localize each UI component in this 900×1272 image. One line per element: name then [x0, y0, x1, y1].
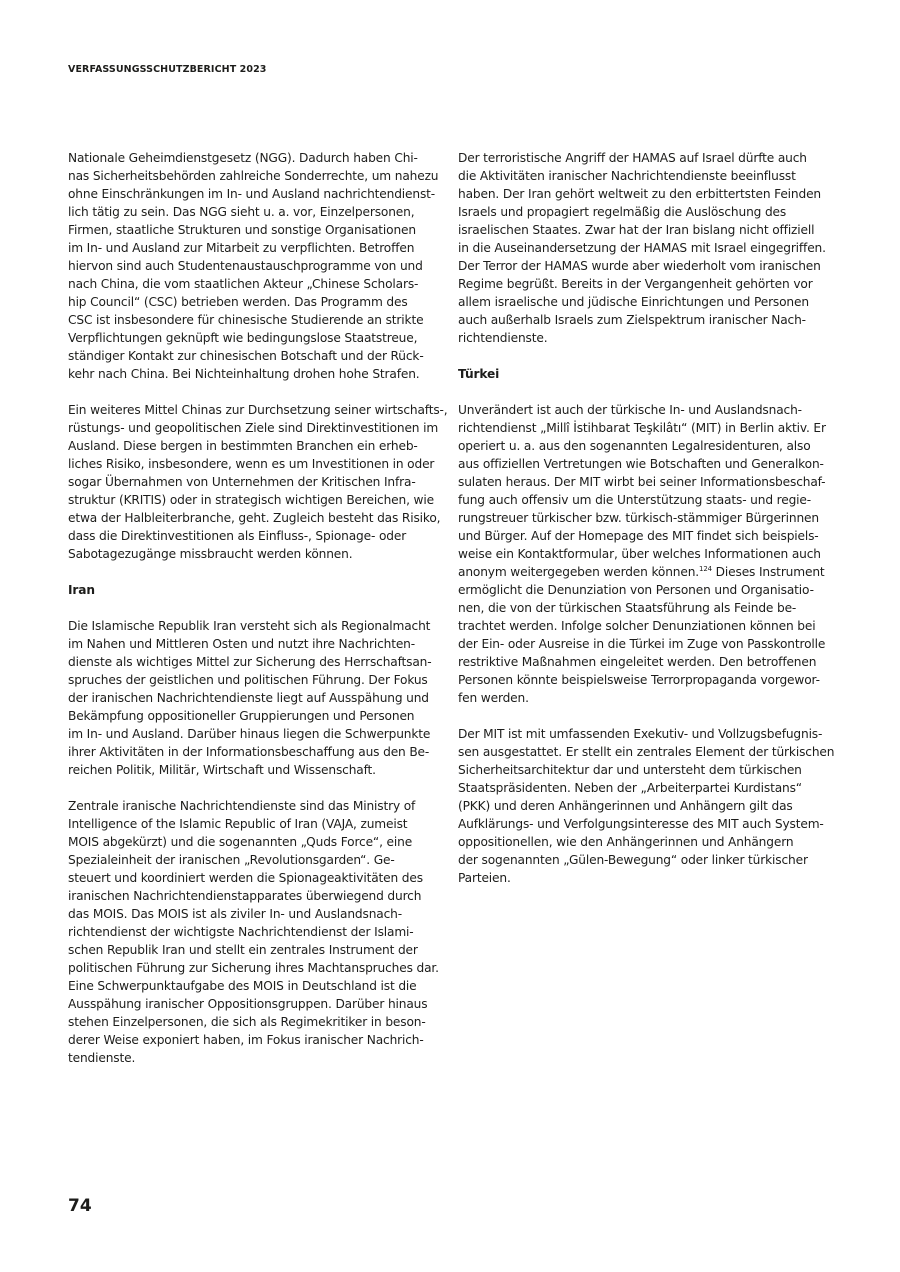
section-heading-iran: Iran: [68, 581, 440, 599]
text-line: stehen Einzelpersonen, die sich als Regi…: [68, 1013, 440, 1031]
text-line: Der terroristische Angriff der HAMAS auf…: [458, 149, 834, 167]
right-column: Der terroristische Angriff der HAMAS auf…: [458, 149, 834, 905]
text-line: Sicherheitsarchitektur dar und untersteh…: [458, 761, 834, 779]
paragraph-mit-activity: Unverändert ist auch der türkische In- u…: [458, 401, 834, 707]
text-line: reichen Politik, Militär, Wirtschaft und…: [68, 761, 440, 779]
text-line: CSC ist insbesondere für chinesische Stu…: [68, 311, 440, 329]
text-line: der Ein- oder Ausreise in die Türkei im …: [458, 635, 834, 653]
running-header: VERFASSUNGSSCHUTZBERICHT 2023: [68, 64, 267, 75]
text-line: haben. Der Iran gehört weltweit zu den e…: [458, 185, 834, 203]
section-heading-tuerkei: Türkei: [458, 365, 834, 383]
text-line: in die Auseinandersetzung der HAMAS mit …: [458, 239, 834, 257]
paragraph-china-investments: Ein weiteres Mittel Chinas zur Durchsetz…: [68, 401, 440, 563]
text-line: sulaten heraus. Der MIT wirbt bei seiner…: [458, 473, 834, 491]
text-line: Aufklärungs- und Verfolgungsinteresse de…: [458, 815, 834, 833]
text-line: politischen Führung zur Sicherung ihres …: [68, 959, 440, 977]
text-line: ihrer Aktivitäten in der Informationsbes…: [68, 743, 440, 761]
paragraph-iran-services: Zentrale iranische Nachrichtendienste si…: [68, 797, 440, 1067]
text-line: die Aktivitäten iranischer Nachrichtendi…: [458, 167, 834, 185]
text-line: Der MIT ist mit umfassenden Exekutiv- un…: [458, 725, 834, 743]
text-line: Zentrale iranische Nachrichtendienste si…: [68, 797, 440, 815]
left-column: Nationale Geheimdienstgesetz (NGG). Dadu…: [68, 149, 440, 1085]
text-line: fen werden.: [458, 689, 834, 707]
text-line: sen ausgestattet. Er stellt ein zentrale…: [458, 743, 834, 761]
text-line: Personen könnte beispielsweise Terrorpro…: [458, 671, 834, 689]
text-line: Die Islamische Republik Iran versteht si…: [68, 617, 440, 635]
text-line: der iranischen Nachrichtendienste liegt …: [68, 689, 440, 707]
text-line: kehr nach China. Bei Nichteinhaltung dro…: [68, 365, 440, 383]
text-line: Parteien.: [458, 869, 834, 887]
footnote-reference[interactable]: 124: [699, 565, 712, 573]
text-line: dienste als wichtiges Mittel zur Sicheru…: [68, 653, 440, 671]
text-line: trachtet werden. Infolge solcher Denunzi…: [458, 617, 834, 635]
text-line: nas Sicherheitsbehörden zahlreiche Sonde…: [68, 167, 440, 185]
text-line: nen, die von der türkischen Staatsführun…: [458, 599, 834, 617]
text-line: Staatspräsidenten. Neben der „Arbeiterpa…: [458, 779, 834, 797]
text-line: Ausspähung iranischer Oppositionsgruppen…: [68, 995, 440, 1013]
page-number: 74: [68, 1196, 92, 1216]
text-line: MOIS abgekürzt) und die sogenannten „Qud…: [68, 833, 440, 851]
text-line: liches Risiko, insbesondere, wenn es um …: [68, 455, 440, 473]
text-line: aus offiziellen Vertretungen wie Botscha…: [458, 455, 834, 473]
text-line: hip Council“ (CSC) betrieben werden. Das…: [68, 293, 440, 311]
text-line: Bekämpfung oppositioneller Gruppierungen…: [68, 707, 440, 725]
text-line: rungstreuer türkischer bzw. türkisch-stä…: [458, 509, 834, 527]
text-line: Eine Schwerpunktaufgabe des MOIS in Deut…: [68, 977, 440, 995]
text-line: etwa der Halbleiterbranche, geht. Zuglei…: [68, 509, 440, 527]
text-line: sogar Übernahmen von Unternehmen der Kri…: [68, 473, 440, 491]
text-line: richtendienste.: [458, 329, 834, 347]
footnote-line: anonym weitergegeben werden können.124 D…: [458, 563, 834, 581]
text-line: lich tätig zu sein. Das NGG sieht u. a. …: [68, 203, 440, 221]
text-line: richtendienst der wichtigste Nachrichten…: [68, 923, 440, 941]
text-line: fung auch offensiv um die Unterstützung …: [458, 491, 834, 509]
text-line: ständiger Kontakt zur chinesischen Botsc…: [68, 347, 440, 365]
text-line: israelischen Staates. Zwar hat der Iran …: [458, 221, 834, 239]
text-line: im In- und Ausland zur Mitarbeit zu verp…: [68, 239, 440, 257]
text-line: oppositionellen, wie den Anhängerinnen u…: [458, 833, 834, 851]
text-line: Der Terror der HAMAS wurde aber wiederho…: [458, 257, 834, 275]
text-line: Ein weiteres Mittel Chinas zur Durchsetz…: [68, 401, 440, 419]
text-line: im In- und Ausland. Darüber hinaus liege…: [68, 725, 440, 743]
text-line: Unverändert ist auch der türkische In- u…: [458, 401, 834, 419]
text-line: Ausland. Diese bergen in bestimmten Bran…: [68, 437, 440, 455]
text-line: Nationale Geheimdienstgesetz (NGG). Dadu…: [68, 149, 440, 167]
text-line: tendienste.: [68, 1049, 440, 1067]
text-line: struktur (KRITIS) oder in strategisch wi…: [68, 491, 440, 509]
text-line: Intelligence of the Islamic Republic of …: [68, 815, 440, 833]
text-line: richtendienst „Millî İstihbarat Teşkilât…: [458, 419, 834, 437]
text-line: und Bürger. Auf der Homepage des MIT fin…: [458, 527, 834, 545]
text-line: allem israelische und jüdische Einrichtu…: [458, 293, 834, 311]
text-line: im Nahen und Mittleren Osten und nutzt i…: [68, 635, 440, 653]
paragraph-iran-overview: Die Islamische Republik Iran versteht si…: [68, 617, 440, 779]
text-line: nach China, die vom staatlichen Akteur „…: [68, 275, 440, 293]
text-line: auch außerhalb Israels zum Zielspektrum …: [458, 311, 834, 329]
text-line: Sabotagezugänge missbraucht werden könne…: [68, 545, 440, 563]
text-line: Firmen, staatliche Strukturen und sonsti…: [68, 221, 440, 239]
paragraph-mit-part1: Unverändert ist auch der türkische In- u…: [458, 401, 834, 563]
text-line: restriktive Maßnahmen eingeleitet werden…: [458, 653, 834, 671]
text-line: Verpflichtungen geknüpft wie bedingungsl…: [68, 329, 440, 347]
text-line: dass die Direktinvestitionen als Einflus…: [68, 527, 440, 545]
text-line: spruches der geistlichen und politischen…: [68, 671, 440, 689]
text-line: weise ein Kontaktformular, über welches …: [458, 545, 834, 563]
paragraph-hamas: Der terroristische Angriff der HAMAS auf…: [458, 149, 834, 347]
text-line: Regime begrüßt. Bereits in der Vergangen…: [458, 275, 834, 293]
paragraph-china-ngg: Nationale Geheimdienstgesetz (NGG). Dadu…: [68, 149, 440, 383]
text-line: derer Weise exponiert haben, im Fokus ir…: [68, 1031, 440, 1049]
text-line: der sogenannten „Gülen-Bewegung“ oder li…: [458, 851, 834, 869]
text-line: (PKK) und deren Anhängerinnen und Anhäng…: [458, 797, 834, 815]
text-line: schen Republik Iran und stellt ein zentr…: [68, 941, 440, 959]
paragraph-mit-part2: ermöglicht die Denunziation von Personen…: [458, 581, 834, 707]
text-line: rüstungs- und geopolitischen Ziele sind …: [68, 419, 440, 437]
text-line: das MOIS. Das MOIS ist als ziviler In- u…: [68, 905, 440, 923]
text-line: hiervon sind auch Studentenaustauschprog…: [68, 257, 440, 275]
paragraph-mit-powers: Der MIT ist mit umfassenden Exekutiv- un…: [458, 725, 834, 887]
text-line: ohne Einschränkungen im In- und Ausland …: [68, 185, 440, 203]
text-line: operiert u. a. aus den sogenannten Legal…: [458, 437, 834, 455]
text-line: steuert und koordiniert werden die Spion…: [68, 869, 440, 887]
text-line: Spezialeinheit der iranischen „Revolutio…: [68, 851, 440, 869]
text-line: ermöglicht die Denunziation von Personen…: [458, 581, 834, 599]
text-line: Israels und propagiert regelmäßig die Au…: [458, 203, 834, 221]
text-line: iranischen Nachrichtendienstapparates üb…: [68, 887, 440, 905]
